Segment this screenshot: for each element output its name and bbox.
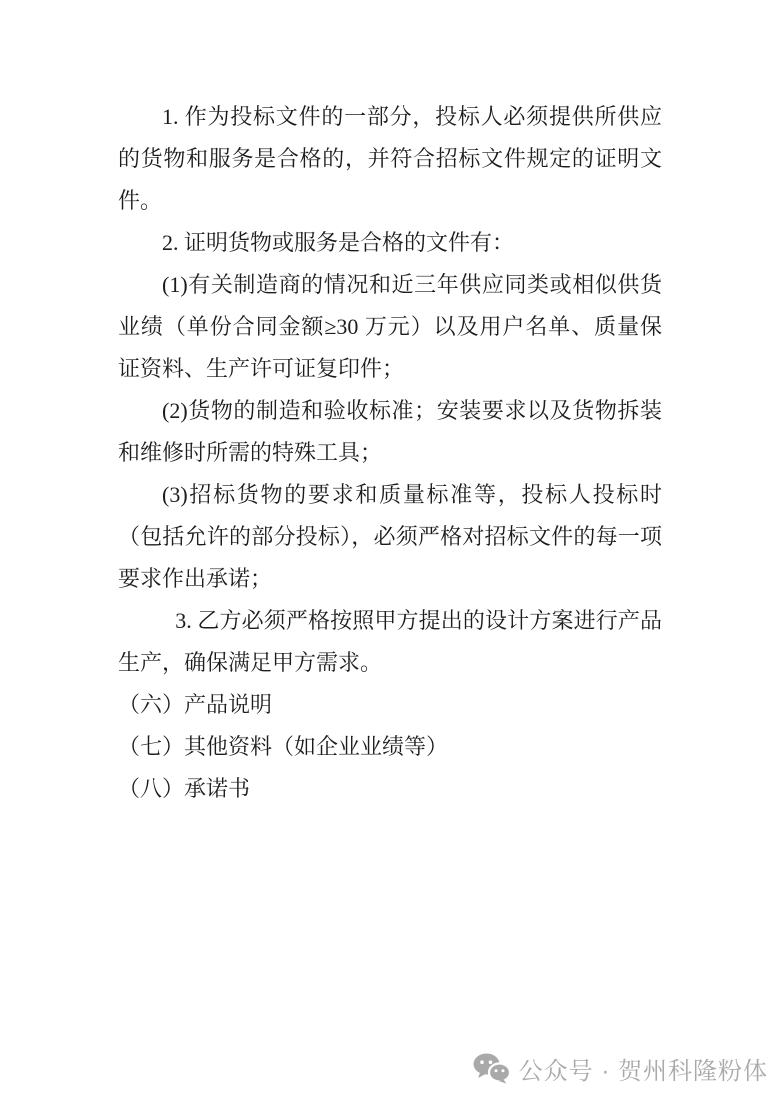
wechat-icon — [473, 1053, 510, 1084]
paragraph-clause-3: 3. 乙方必须严格按照甲方提出的设计方案进行产品生产，确保满足甲方需求。 — [118, 600, 662, 684]
heading-section-6: （六）产品说明 — [118, 684, 662, 726]
document-body: 1. 作为投标文件的一部分，投标人必须提供所供应的货物和服务是合格的，并符合招标… — [118, 96, 662, 810]
paragraph-item-3: (3)招标货物的要求和质量标准等，投标人投标时（包括允许的部分投标），必须严格对… — [118, 474, 662, 600]
heading-section-7: （七）其他资料（如企业业绩等） — [118, 726, 662, 768]
paragraph-item-2: (2)货物的制造和验收标准；安装要求以及货物拆装和维修时所需的特殊工具； — [118, 390, 662, 474]
paragraph-clause-2: 2. 证明货物或服务是合格的文件有： — [118, 222, 662, 264]
watermark: 公众号 · 贺州科隆粉体 — [473, 1051, 768, 1086]
heading-section-8: （八）承诺书 — [118, 768, 662, 810]
paragraph-clause-1: 1. 作为投标文件的一部分，投标人必须提供所供应的货物和服务是合格的，并符合招标… — [118, 96, 662, 222]
document-page: 1. 作为投标文件的一部分，投标人必须提供所供应的货物和服务是合格的，并符合招标… — [0, 0, 780, 1102]
paragraph-item-1: (1)有关制造商的情况和近三年供应同类或相似供货业绩（单份合同金额≥30 万元）… — [118, 264, 662, 390]
watermark-text: 公众号 · 贺州科隆粉体 — [519, 1051, 768, 1086]
